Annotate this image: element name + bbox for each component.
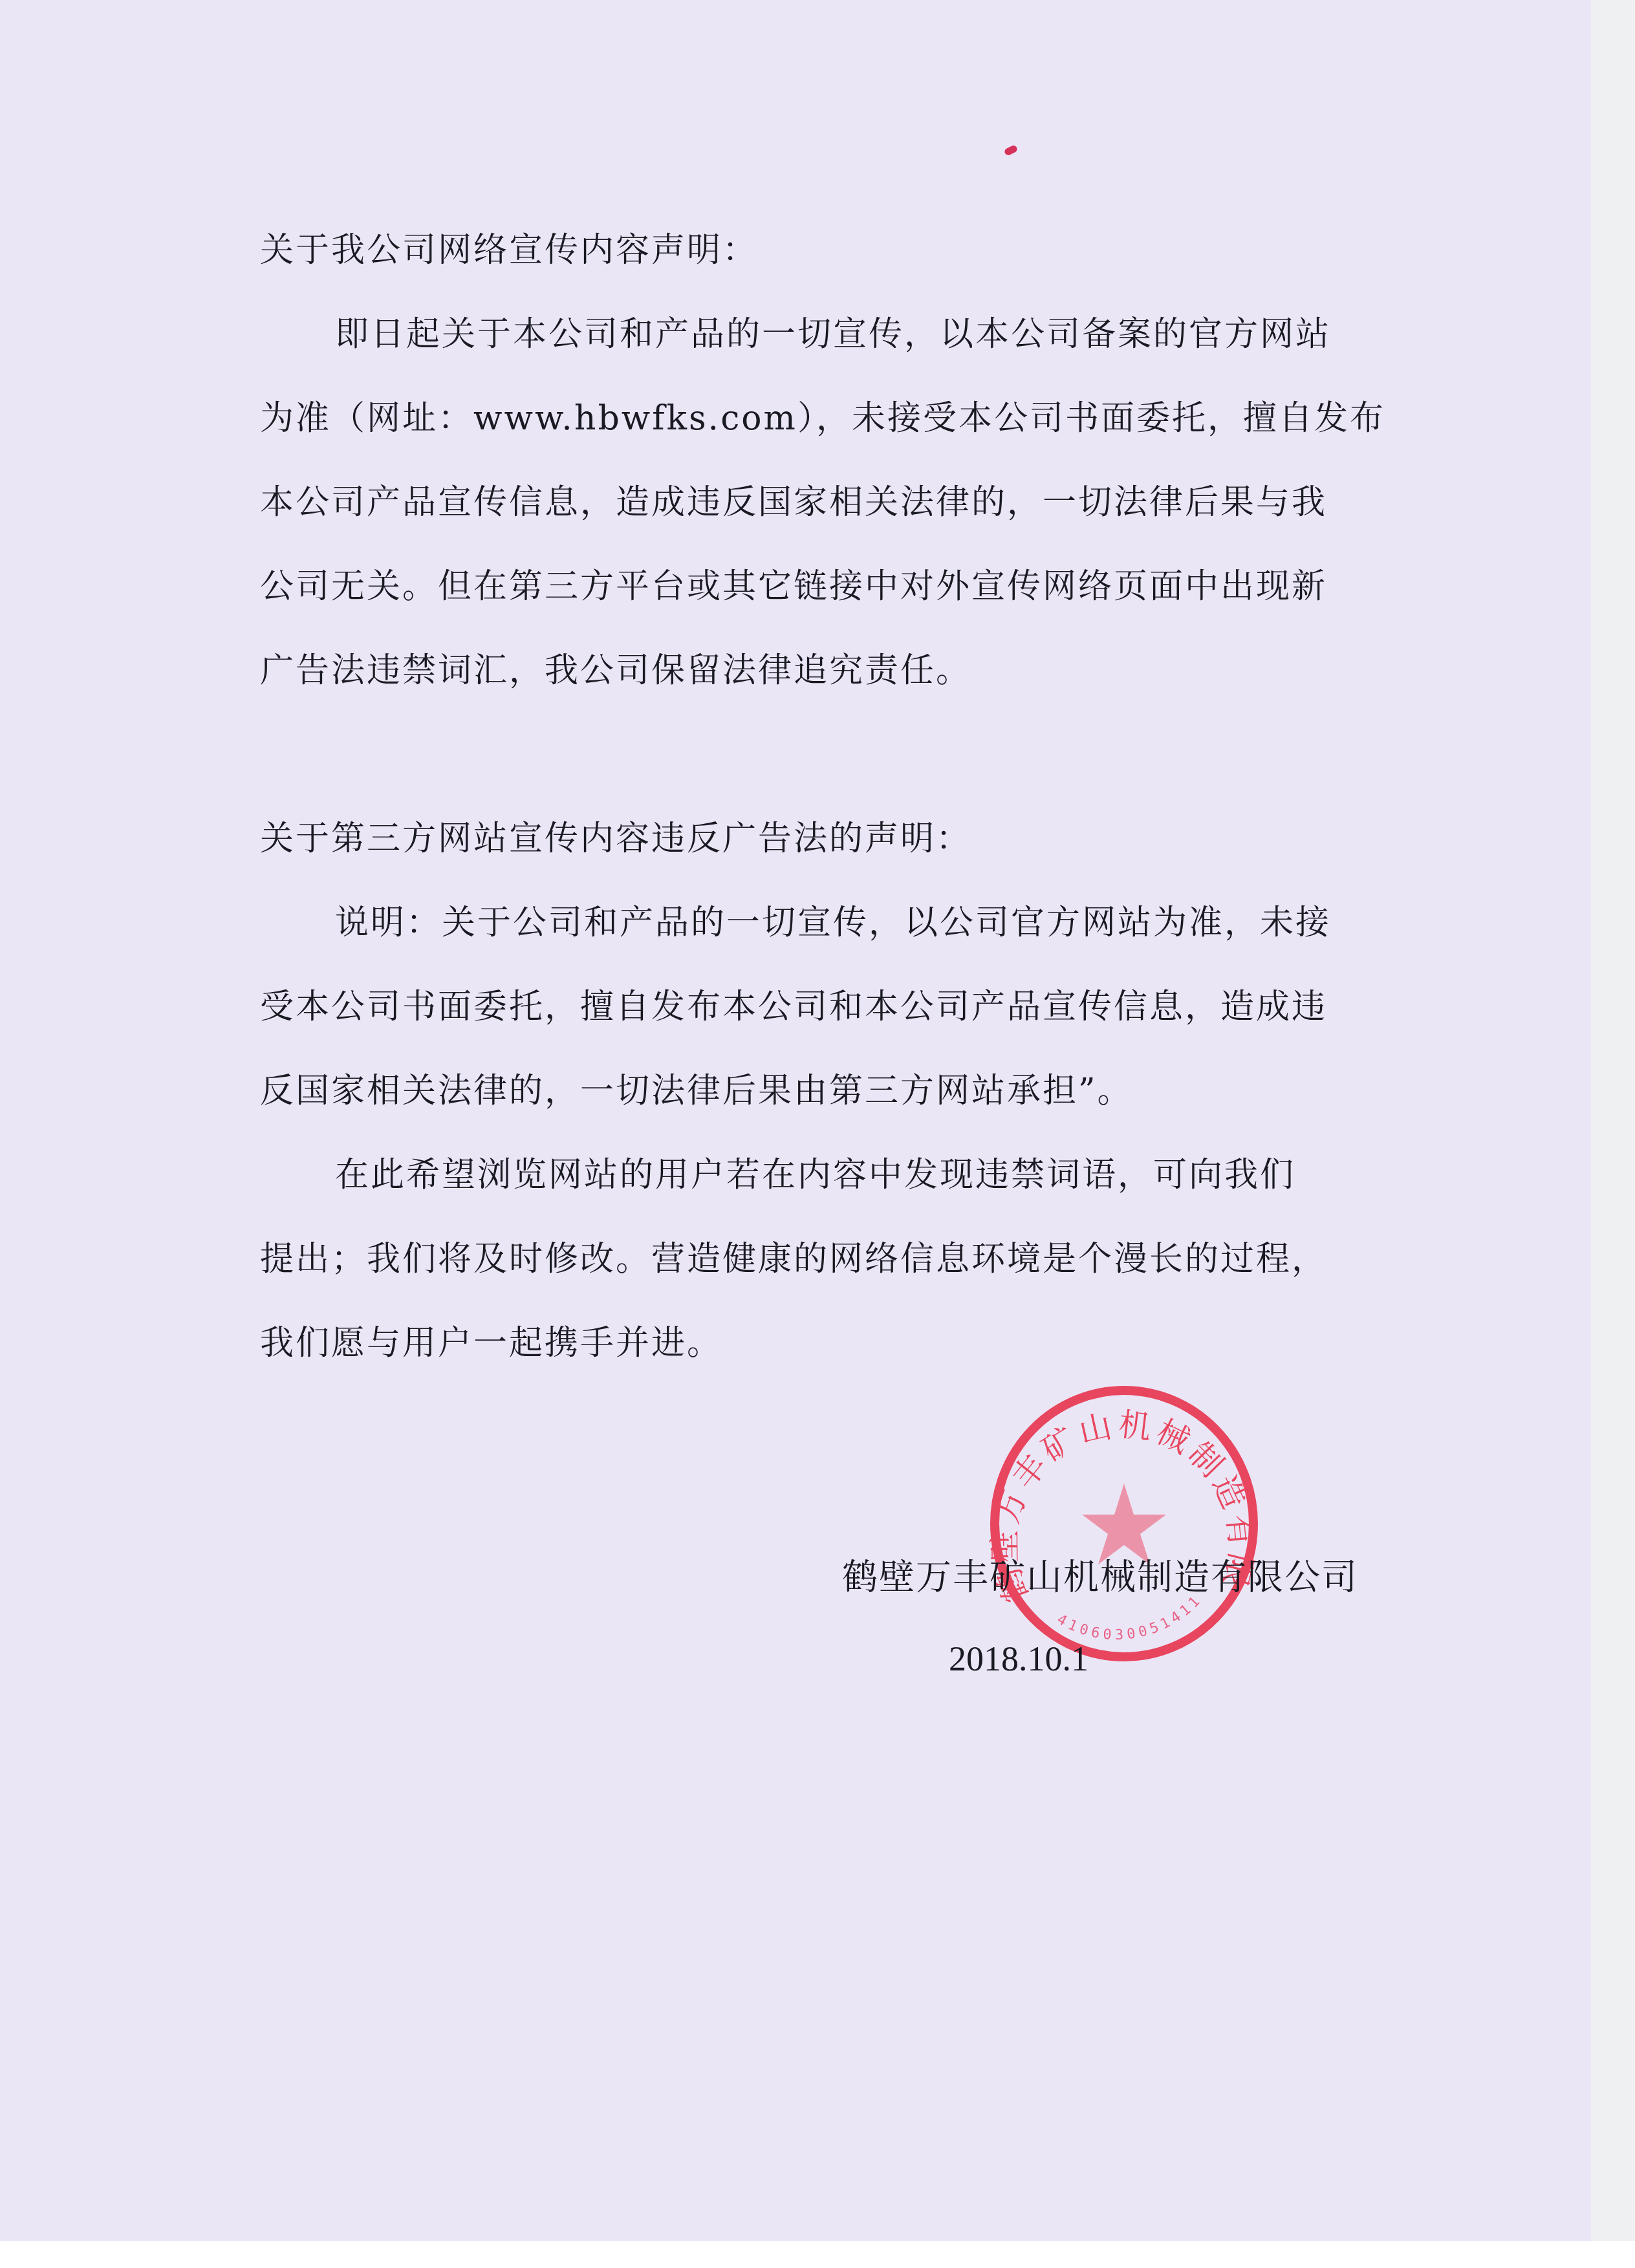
signature-company: 鹤壁万丰矿山机械制造有限公司 bbox=[842, 1551, 1358, 1603]
section1-heading: 关于我公司网络宣传内容声明： bbox=[260, 208, 1379, 292]
section2-p1-line: 受本公司书面委托，擅自发布本公司和本公司产品宣传信息，造成违 bbox=[260, 965, 1379, 1049]
document-body: 关于我公司网络宣传内容声明： 即日起关于本公司和产品的一切宣传，以本公司备案的官… bbox=[260, 208, 1379, 1385]
section1-line: 本公司产品宣传信息，造成违反国家相关法律的，一切法律后果与我 bbox=[260, 460, 1379, 545]
section2-p2-line: 在此希望浏览网站的用户若在内容中发现违禁词语，可向我们 bbox=[260, 1133, 1379, 1217]
section2-p1-line: 说明：关于公司和产品的一切宣传，以公司官方网站为准，未接 bbox=[260, 881, 1379, 965]
section1-line: 即日起关于本公司和产品的一切宣传，以本公司备案的官方网站 bbox=[260, 292, 1379, 376]
section1-line: 广告法违禁词汇，我公司保留法律追究责任。 bbox=[260, 629, 1379, 713]
signature-date: 2018.10.1 bbox=[949, 1636, 1088, 1681]
section2-heading: 关于第三方网站宣传内容违反广告法的声明： bbox=[260, 797, 1379, 881]
section1-line: 为准（网址：www.hbwfks.com），未接受本公司书面委托，擅自发布 bbox=[260, 376, 1379, 460]
section2-p1-line: 反国家相关法律的，一切法律后果由第三方网站承担”。 bbox=[260, 1049, 1379, 1133]
section2-p2-line: 我们愿与用户一起携手并进。 bbox=[260, 1301, 1379, 1385]
blank-line bbox=[260, 713, 1379, 797]
section1-line: 公司无关。但在第三方平台或其它链接中对外宣传网络页面中出现新 bbox=[260, 545, 1379, 629]
section2-p2-line: 提出；我们将及时修改。营造健康的网络信息环境是个漫长的过程， bbox=[260, 1217, 1379, 1301]
company-seal: 鹤壁万丰矿山机械制造有限公司 4106030051411 bbox=[985, 1383, 1263, 1665]
scanner-bed-margin bbox=[1591, 0, 1635, 2241]
